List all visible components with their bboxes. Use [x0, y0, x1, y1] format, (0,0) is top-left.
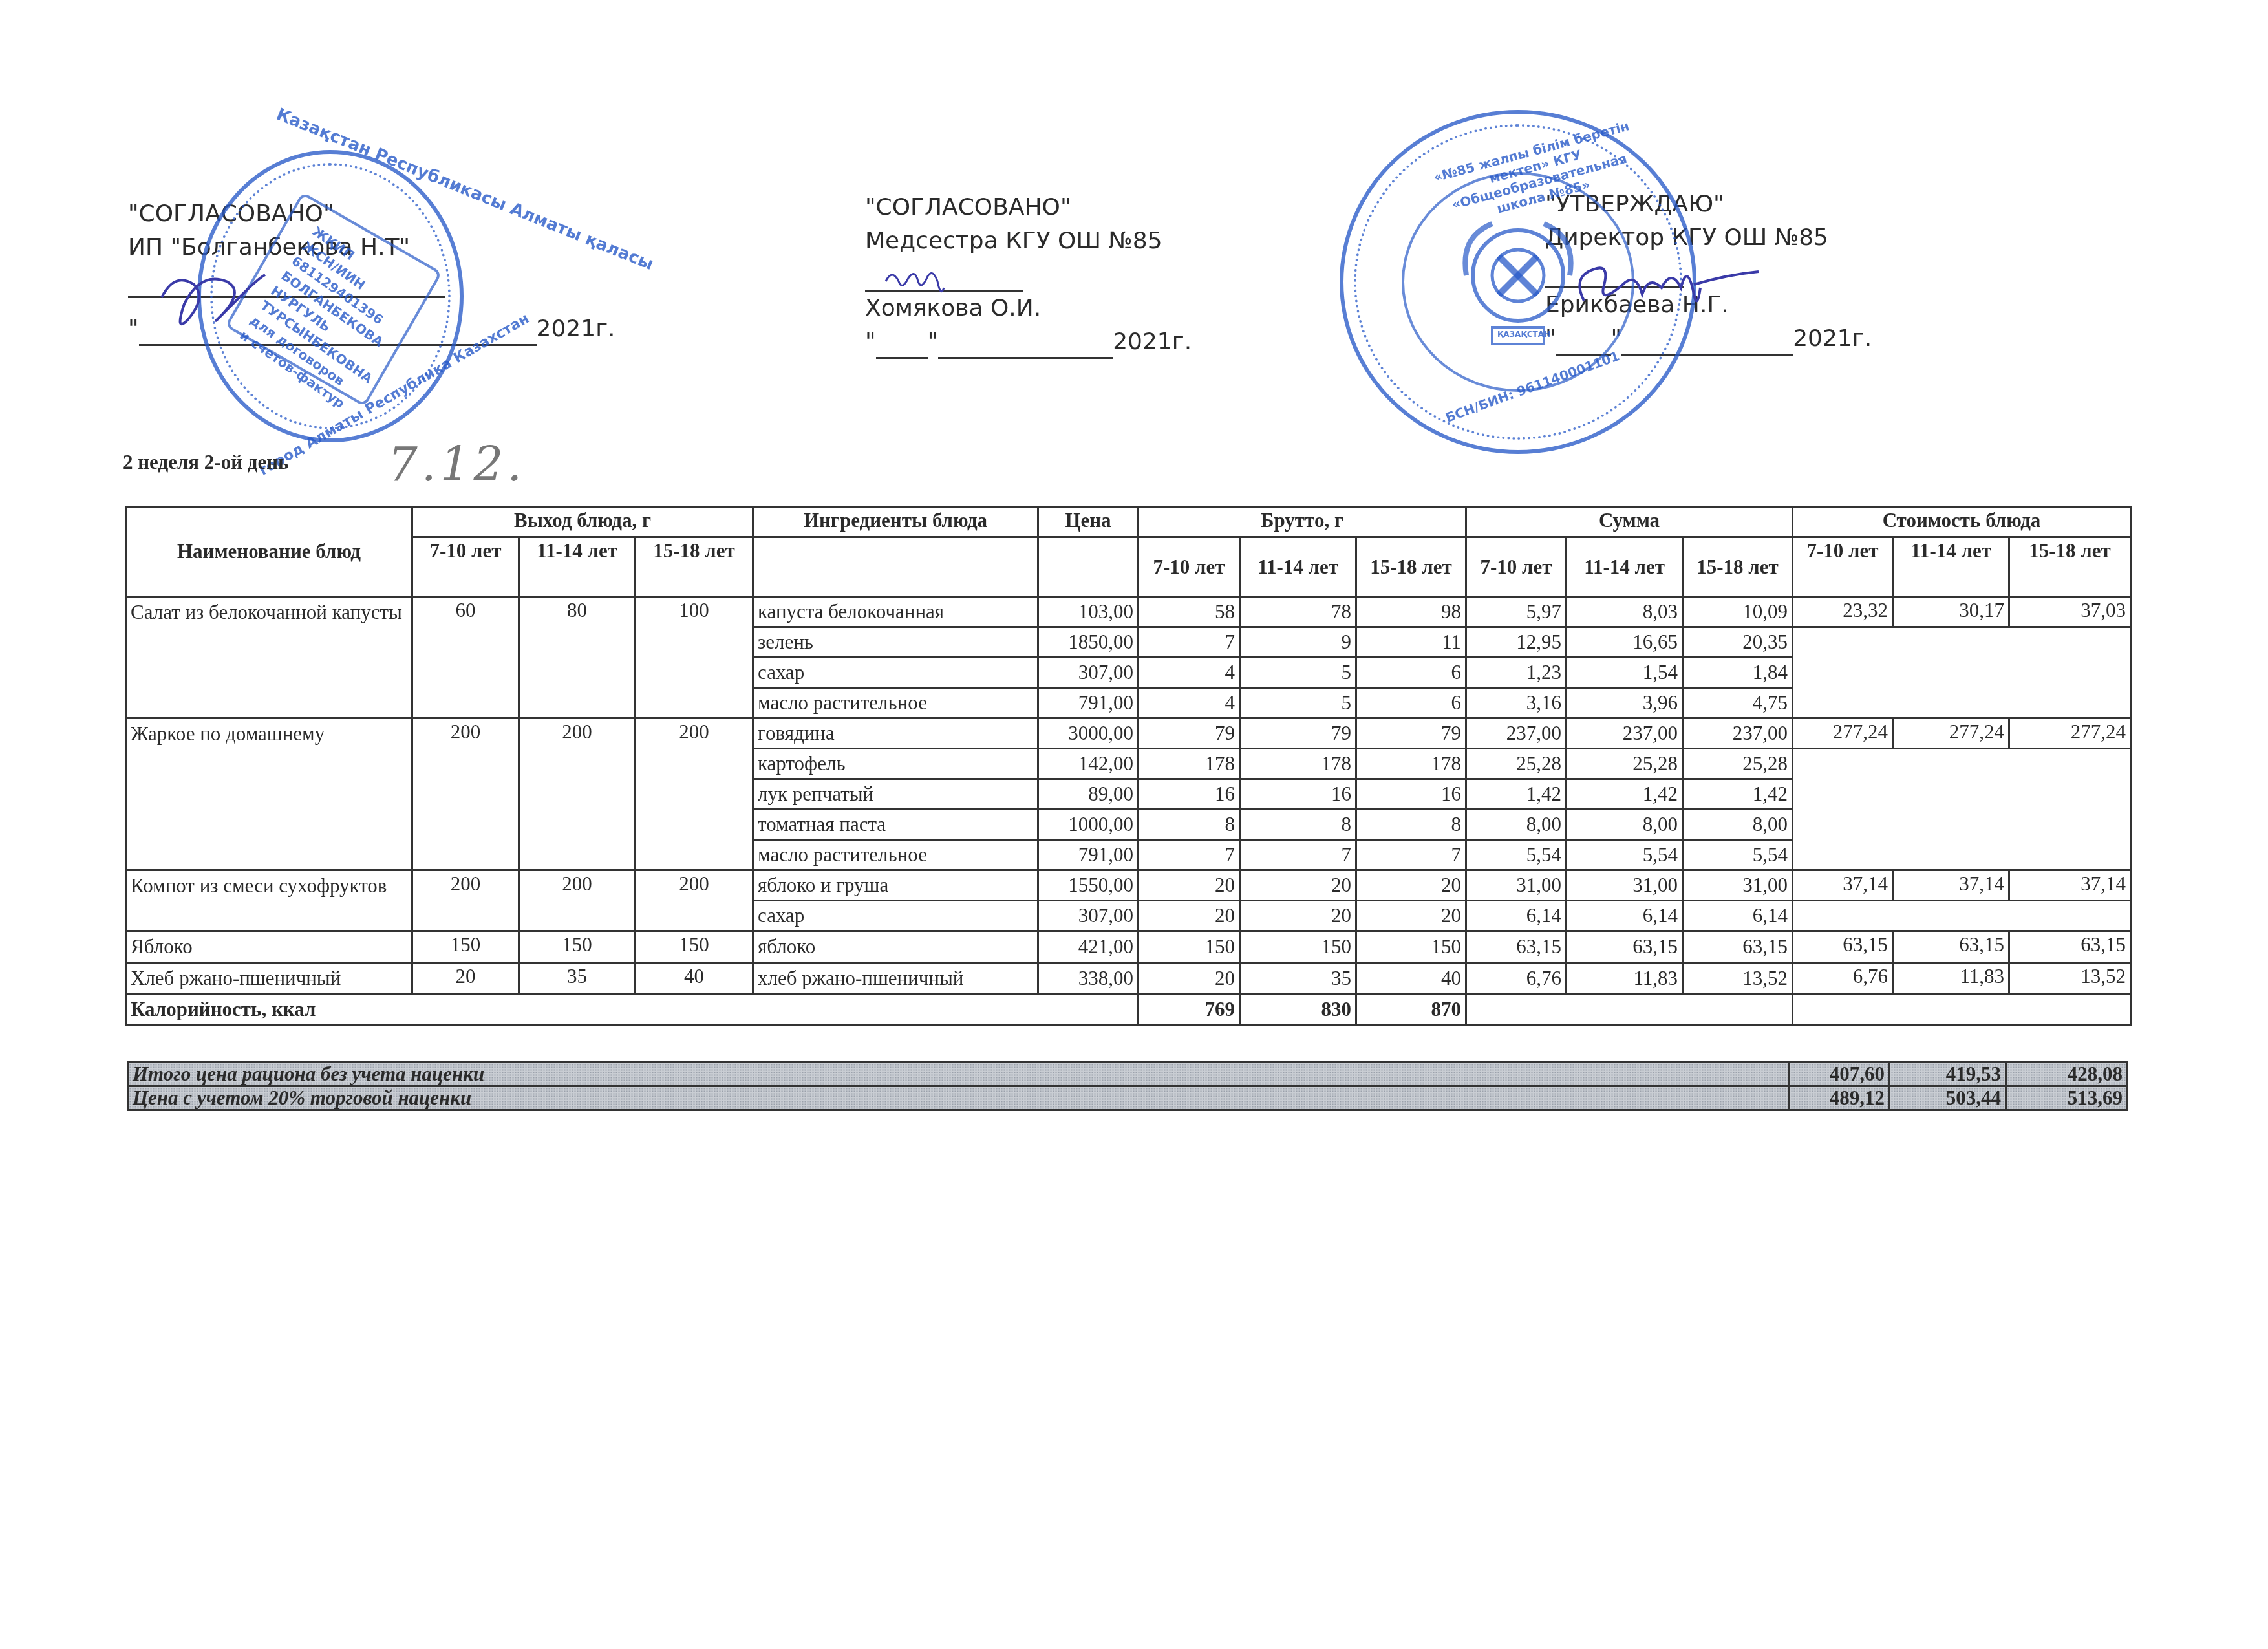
dish-yield-age-3: 200: [636, 870, 753, 931]
calories-cost-blank: [1793, 995, 2131, 1025]
ingredient-name: лук репчатый: [753, 779, 1038, 810]
total-value-age-2: 419,53: [1890, 1062, 2006, 1086]
total-value-age-2: 503,44: [1890, 1086, 2006, 1110]
calories-age-1: 769: [1139, 995, 1240, 1025]
ingredient-sum-age-2: 237,00: [1567, 718, 1683, 749]
ingredient-gross-age-3: 98: [1356, 597, 1466, 627]
ingredient-sum-age-3: 8,00: [1683, 810, 1793, 840]
ingredient-sum-age-3: 1,84: [1683, 658, 1793, 688]
ingredient-gross-age-2: 5: [1240, 688, 1356, 718]
dish-cost-age-3: 63,15: [2009, 931, 2131, 963]
total-value-age-3: 513,69: [2006, 1086, 2128, 1110]
ingredient-sum-age-2: 16,65: [1567, 627, 1683, 658]
table-row: Хлеб ржано-пшеничный203540хлеб ржано-пше…: [126, 963, 2131, 995]
dish-cost-age-3: 13,52: [2009, 963, 2131, 995]
ingredient-name: яблоко и груша: [753, 870, 1038, 901]
dish-cost-age-2: 30,17: [1893, 597, 2009, 627]
ingredient-name: сахар: [753, 658, 1038, 688]
signature-line: [128, 277, 445, 298]
ingredient-sum-age-3: 1,42: [1683, 779, 1793, 810]
dish-cost-age-1: 6,76: [1793, 963, 1893, 995]
dish-yield-age-2: 200: [519, 870, 636, 931]
dish-cost-blank: [1793, 627, 2131, 718]
date-quote: ": [1611, 325, 1622, 352]
totals-table: Итого цена рациона без учета наценки 407…: [127, 1061, 2128, 1111]
dish-cost-age-2: 37,14: [1893, 870, 2009, 901]
header-price: Цена: [1038, 507, 1139, 537]
calories-row: Калорийность, ккал769830870: [126, 995, 2131, 1025]
header-yield-age-1: 7-10 лет: [412, 537, 519, 597]
header-cost-age-2: 11-14 лет: [1893, 537, 2009, 597]
dish-yield-age-3: 150: [636, 931, 753, 963]
ingredient-gross-age-2: 9: [1240, 627, 1356, 658]
total-row-with-markup: Цена с учетом 20% торговой наценки 489,1…: [128, 1086, 2128, 1110]
ingredient-sum-age-1: 25,28: [1466, 749, 1567, 779]
header-cost-age-3: 15-18 лет: [2009, 537, 2131, 597]
ingredient-sum-age-1: 6,76: [1466, 963, 1567, 995]
ingredient-gross-age-3: 8: [1356, 810, 1466, 840]
dish-cost-age-1: 277,24: [1793, 718, 1893, 749]
ingredient-price: 338,00: [1038, 963, 1139, 995]
approval-name: Ерикбаева Н.Г.: [1545, 288, 1872, 322]
total-label: Цена с учетом 20% торговой наценки: [128, 1086, 1790, 1110]
ingredient-gross-age-2: 20: [1240, 870, 1356, 901]
ingredient-sum-age-2: 31,00: [1567, 870, 1683, 901]
dish-yield-age-2: 35: [519, 963, 636, 995]
ingredient-gross-age-3: 20: [1356, 901, 1466, 931]
calories-sum-blank: [1466, 995, 1793, 1025]
ingredient-gross-age-1: 79: [1139, 718, 1240, 749]
total-value-age-1: 489,12: [1790, 1086, 1890, 1110]
ingredient-price: 103,00: [1038, 597, 1139, 627]
ingredient-gross-age-3: 16: [1356, 779, 1466, 810]
ingredient-gross-age-2: 16: [1240, 779, 1356, 810]
table-row: Яблоко150150150яблоко421,0015015015063,1…: [126, 931, 2131, 963]
ingredient-gross-age-1: 20: [1139, 870, 1240, 901]
ingredient-gross-age-1: 4: [1139, 688, 1240, 718]
ingredient-price: 307,00: [1038, 658, 1139, 688]
ingredient-sum-age-3: 63,15: [1683, 931, 1793, 963]
date-year: 2021г.: [1793, 325, 1872, 352]
dish-cost-age-3: 37,03: [2009, 597, 2131, 627]
ingredient-sum-age-2: 11,83: [1567, 963, 1683, 995]
date-year: 2021г.: [1113, 329, 1192, 355]
header-gross-age-1: 7-10 лет: [1139, 537, 1240, 597]
dish-cost-blank: [1793, 749, 2131, 870]
ingredient-price: 89,00: [1038, 779, 1139, 810]
date-line: [139, 325, 537, 346]
ingredient-sum-age-3: 20,35: [1683, 627, 1793, 658]
header-dish-cost: Стоимость блюда: [1793, 507, 2131, 537]
ingredient-sum-age-1: 5,54: [1466, 840, 1567, 870]
table-row: Салат из белокочанной капусты6080100капу…: [126, 597, 2131, 627]
dish-yield-age-1: 20: [412, 963, 519, 995]
header-sum-age-2: 11-14 лет: [1567, 537, 1683, 597]
total-value-age-1: 407,60: [1790, 1062, 1890, 1086]
ingredient-gross-age-2: 20: [1240, 901, 1356, 931]
ingredient-price: 1550,00: [1038, 870, 1139, 901]
ingredient-sum-age-2: 8,03: [1567, 597, 1683, 627]
dish-cost-blank: [1793, 901, 2131, 931]
dish-yield-age-1: 200: [412, 870, 519, 931]
signature-line: [865, 270, 1023, 292]
ingredient-gross-age-1: 20: [1139, 963, 1240, 995]
ingredient-price: 1000,00: [1038, 810, 1139, 840]
table-row: Жаркое по домашнему200200200говядина3000…: [126, 718, 2131, 749]
ingredient-gross-age-3: 7: [1356, 840, 1466, 870]
ingredient-name: томатная паста: [753, 810, 1038, 840]
total-value-age-3: 428,08: [2006, 1062, 2128, 1086]
ingredient-gross-age-3: 20: [1356, 870, 1466, 901]
ingredient-gross-age-2: 35: [1240, 963, 1356, 995]
dish-yield-age-2: 80: [519, 597, 636, 718]
dish-cost-age-3: 277,24: [2009, 718, 2131, 749]
ingredient-name: яблоко: [753, 931, 1038, 963]
ingredient-name: сахар: [753, 901, 1038, 931]
total-label: Итого цена рациона без учета наценки: [128, 1062, 1790, 1086]
signature-line: [1545, 267, 1684, 288]
ingredient-gross-age-1: 4: [1139, 658, 1240, 688]
ingredient-sum-age-2: 63,15: [1567, 931, 1683, 963]
ingredient-sum-age-1: 1,23: [1466, 658, 1567, 688]
approval-position: Директор КГУ ОШ №85: [1545, 221, 1872, 255]
menu-table: Наименование блюд Выход блюда, г Ингреди…: [125, 506, 2132, 1026]
dish-yield-age-3: 200: [636, 718, 753, 870]
approval-block-supplier: "СОГЛАСОВАНО" ИП "Болганбекова Н.Т" "202…: [128, 197, 615, 346]
ingredient-gross-age-1: 7: [1139, 840, 1240, 870]
dish-cost-age-3: 37,14: [2009, 870, 2131, 901]
header-gross: Брутто, г: [1139, 507, 1466, 537]
ingredient-price: 421,00: [1038, 931, 1139, 963]
date-year: 2021г.: [537, 316, 615, 342]
header-yield: Выход блюда, г: [412, 507, 753, 537]
ingredient-sum-age-3: 13,52: [1683, 963, 1793, 995]
ingredient-sum-age-1: 6,14: [1466, 901, 1567, 931]
ingredient-name: хлеб ржано-пшеничный: [753, 963, 1038, 995]
ingredient-gross-age-1: 58: [1139, 597, 1240, 627]
calories-label: Калорийность, ккал: [126, 995, 1139, 1025]
ingredient-gross-age-1: 20: [1139, 901, 1240, 931]
dish-name: Хлеб ржано-пшеничный: [126, 963, 412, 995]
header-ingredients-empty: [753, 537, 1038, 597]
header-sum: Сумма: [1466, 507, 1793, 537]
ingredient-sum-age-2: 5,54: [1567, 840, 1683, 870]
dish-yield-age-2: 200: [519, 718, 636, 870]
ingredient-sum-age-1: 31,00: [1466, 870, 1567, 901]
ingredient-gross-age-3: 11: [1356, 627, 1466, 658]
ingredient-sum-age-3: 10,09: [1683, 597, 1793, 627]
ingredient-price: 791,00: [1038, 840, 1139, 870]
calories-age-2: 830: [1240, 995, 1356, 1025]
ingredient-name: картофель: [753, 749, 1038, 779]
date-quote: ": [865, 329, 876, 355]
dish-yield-age-1: 60: [412, 597, 519, 718]
ingredient-name: масло растительное: [753, 840, 1038, 870]
week-day-label: 2 неделя 2-ой день: [123, 451, 288, 474]
dish-yield-age-1: 200: [412, 718, 519, 870]
ingredient-sum-age-2: 1,54: [1567, 658, 1683, 688]
total-row-without-markup: Итого цена рациона без учета наценки 407…: [128, 1062, 2128, 1086]
header-yield-age-3: 15-18 лет: [636, 537, 753, 597]
dish-name: Компот из смеси сухофруктов: [126, 870, 412, 931]
handwritten-date: 7.12.: [388, 437, 526, 491]
header-gross-age-3: 15-18 лет: [1356, 537, 1466, 597]
ingredient-price: 1850,00: [1038, 627, 1139, 658]
ingredient-sum-age-2: 3,96: [1567, 688, 1683, 718]
ingredient-gross-age-2: 150: [1240, 931, 1356, 963]
dish-cost-age-2: 277,24: [1893, 718, 2009, 749]
ingredient-gross-age-1: 8: [1139, 810, 1240, 840]
approval-heading: "СОГЛАСОВАНО": [865, 191, 1192, 224]
dish-yield-age-1: 150: [412, 931, 519, 963]
header-sum-age-3: 15-18 лет: [1683, 537, 1793, 597]
ingredient-sum-age-1: 12,95: [1466, 627, 1567, 658]
ingredient-name: говядина: [753, 718, 1038, 749]
ingredient-price: 142,00: [1038, 749, 1139, 779]
dish-cost-age-1: 23,32: [1793, 597, 1893, 627]
approval-block-director: "УТВЕРЖДАЮ" Директор КГУ ОШ №85 Ерикбаев…: [1545, 188, 1872, 356]
dish-name: Яблоко: [126, 931, 412, 963]
ingredient-sum-age-3: 31,00: [1683, 870, 1793, 901]
ingredient-gross-age-3: 150: [1356, 931, 1466, 963]
ingredient-gross-age-3: 6: [1356, 658, 1466, 688]
ingredient-sum-age-2: 8,00: [1567, 810, 1683, 840]
ingredient-gross-age-1: 16: [1139, 779, 1240, 810]
ingredient-sum-age-3: 4,75: [1683, 688, 1793, 718]
ingredient-gross-age-2: 7: [1240, 840, 1356, 870]
day-line: [876, 338, 928, 359]
day-line: [1556, 334, 1611, 356]
ingredient-gross-age-3: 79: [1356, 718, 1466, 749]
ingredient-sum-age-3: 25,28: [1683, 749, 1793, 779]
date-line: [938, 338, 1113, 359]
ingredient-gross-age-1: 178: [1139, 749, 1240, 779]
ingredient-sum-age-1: 8,00: [1466, 810, 1567, 840]
ingredient-name: зелень: [753, 627, 1038, 658]
ingredient-sum-age-1: 237,00: [1466, 718, 1567, 749]
approval-name: Хомякова О.И.: [865, 292, 1192, 325]
stamp-bin: БСН/БИН: 961140001101: [1443, 348, 1621, 426]
ingredient-gross-age-2: 78: [1240, 597, 1356, 627]
ingredient-gross-age-1: 7: [1139, 627, 1240, 658]
dish-name: Салат из белокочанной капусты: [126, 597, 412, 718]
ingredient-price: 791,00: [1038, 688, 1139, 718]
dish-yield-age-3: 100: [636, 597, 753, 718]
ingredient-sum-age-3: 5,54: [1683, 840, 1793, 870]
calories-age-3: 870: [1356, 995, 1466, 1025]
ingredient-gross-age-1: 150: [1139, 931, 1240, 963]
table-row: Компот из смеси сухофруктов200200200ябло…: [126, 870, 2131, 901]
dish-cost-age-1: 63,15: [1793, 931, 1893, 963]
dish-cost-age-2: 11,83: [1893, 963, 2009, 995]
ingredient-sum-age-3: 6,14: [1683, 901, 1793, 931]
approval-position: ИП "Болганбекова Н.Т": [128, 231, 615, 264]
approval-heading: "СОГЛАСОВАНО": [128, 197, 615, 231]
header-ingredients: Ингредиенты блюда: [753, 507, 1038, 537]
ingredient-gross-age-2: 8: [1240, 810, 1356, 840]
dish-cost-age-1: 37,14: [1793, 870, 1893, 901]
ingredient-sum-age-1: 63,15: [1466, 931, 1567, 963]
header-gross-age-2: 11-14 лет: [1240, 537, 1356, 597]
ingredient-gross-age-3: 178: [1356, 749, 1466, 779]
ingredient-gross-age-2: 178: [1240, 749, 1356, 779]
header-dish-name: Наименование блюд: [126, 507, 412, 597]
approval-heading: "УТВЕРЖДАЮ": [1545, 188, 1872, 221]
header-cost-age-1: 7-10 лет: [1793, 537, 1893, 597]
ingredient-name: капуста белокочанная: [753, 597, 1038, 627]
date-line: [1621, 334, 1793, 356]
header-yield-age-2: 11-14 лет: [519, 537, 636, 597]
ingredient-sum-age-1: 3,16: [1466, 688, 1567, 718]
header-price-empty: [1038, 537, 1139, 597]
ingredient-sum-age-2: 6,14: [1567, 901, 1683, 931]
dish-name: Жаркое по домашнему: [126, 718, 412, 870]
ingredient-gross-age-2: 5: [1240, 658, 1356, 688]
date-quote: ": [928, 329, 939, 355]
dish-cost-age-2: 63,15: [1893, 931, 2009, 963]
approval-position: Медсестра КГУ ОШ №85: [865, 224, 1192, 258]
ingredient-gross-age-3: 6: [1356, 688, 1466, 718]
date-quote: ": [128, 316, 139, 342]
ingredient-sum-age-2: 25,28: [1567, 749, 1683, 779]
ingredient-sum-age-1: 5,97: [1466, 597, 1567, 627]
ingredient-price: 3000,00: [1038, 718, 1139, 749]
ingredient-gross-age-3: 40: [1356, 963, 1466, 995]
date-quote: ": [1545, 325, 1556, 352]
ingredient-name: масло растительное: [753, 688, 1038, 718]
ingredient-sum-age-1: 1,42: [1466, 779, 1567, 810]
ingredient-sum-age-3: 237,00: [1683, 718, 1793, 749]
ingredient-price: 307,00: [1038, 901, 1139, 931]
stamp-emblem-label: ҚАЗАҚСТАН: [1497, 330, 1550, 339]
ingredient-gross-age-2: 79: [1240, 718, 1356, 749]
dish-yield-age-2: 150: [519, 931, 636, 963]
ingredient-sum-age-2: 1,42: [1567, 779, 1683, 810]
approval-block-nurse: "СОГЛАСОВАНО" Медсестра КГУ ОШ №85 Хомяк…: [865, 191, 1192, 359]
dish-yield-age-3: 40: [636, 963, 753, 995]
header-sum-age-1: 7-10 лет: [1466, 537, 1567, 597]
